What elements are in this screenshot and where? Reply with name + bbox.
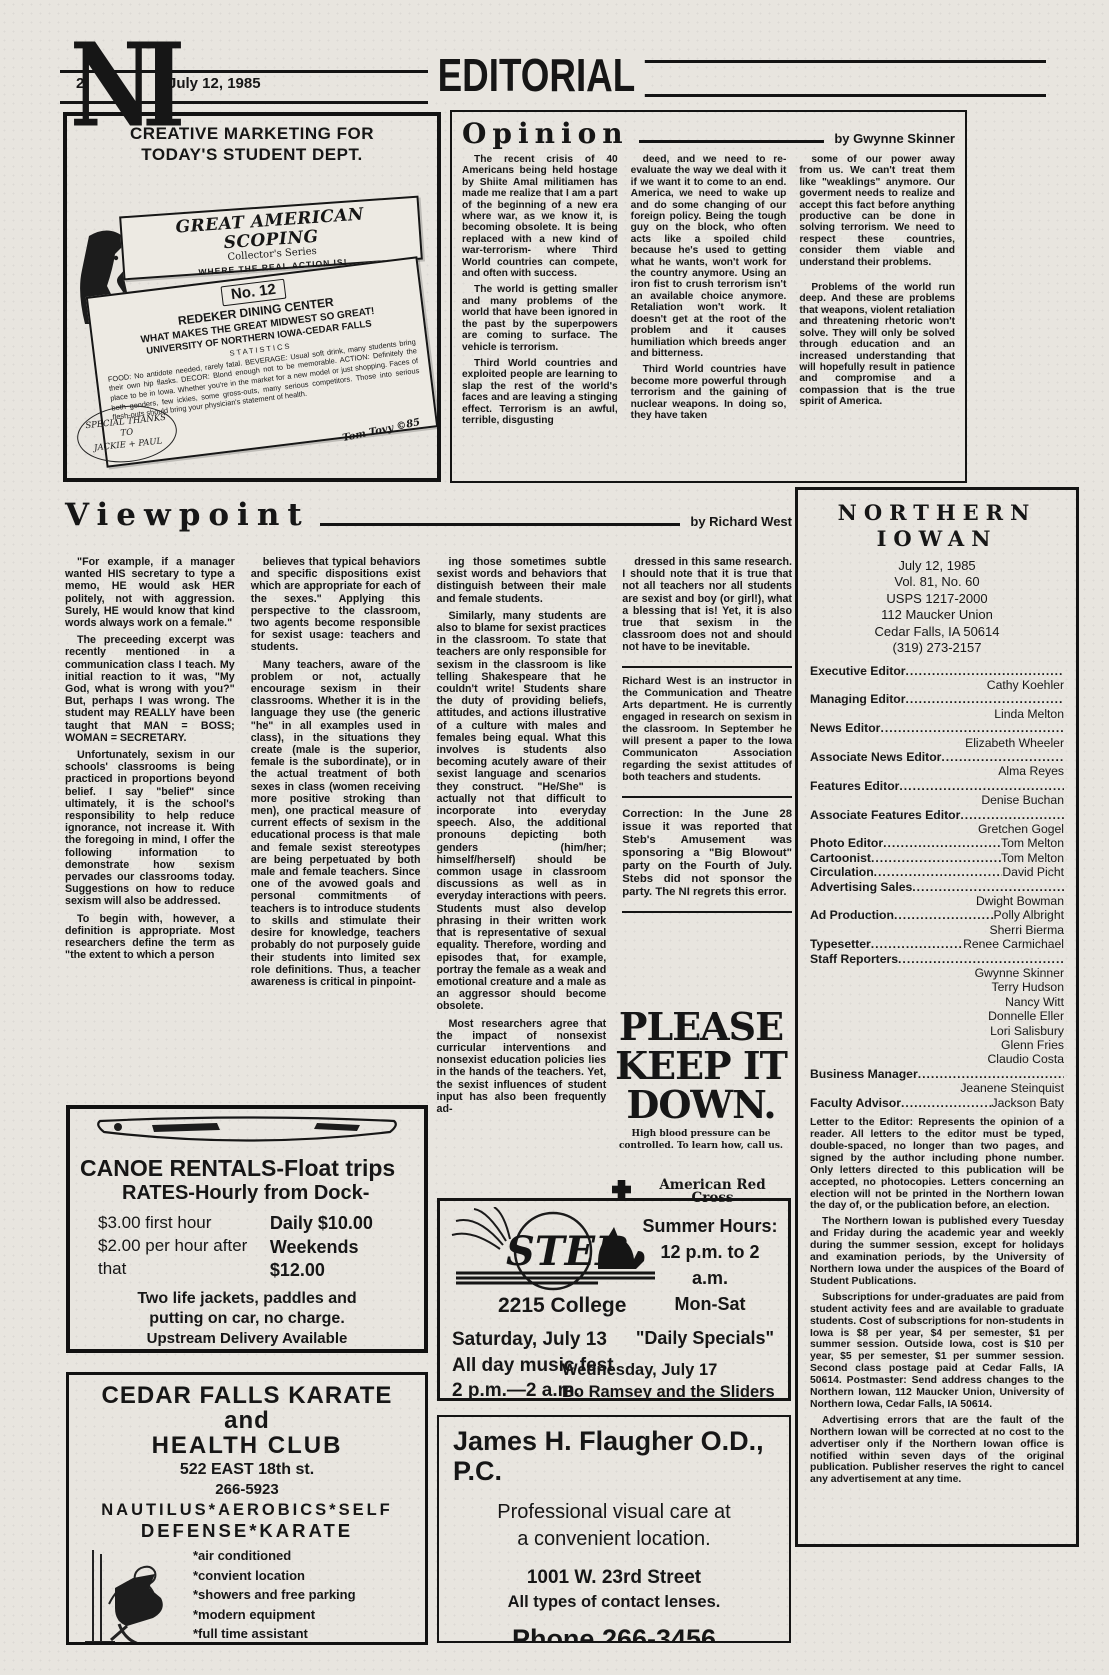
masthead-title-line1: NORTHERN xyxy=(810,500,1064,526)
psa-line3: DOWN. xyxy=(612,1086,790,1125)
viewpoint-column-2: believes that typical behaviors and spec… xyxy=(251,556,421,1120)
viewpoint-column-1: "For example, if a manager wanted HIS se… xyxy=(65,556,235,1120)
stebs-logo: STEB xyxy=(448,1207,663,1300)
heading-rule xyxy=(320,523,681,526)
karate-feature: *convient location xyxy=(193,1566,397,1586)
staff-entry-reporters: Staff Reporters Gwynne Skinner Terry Hud… xyxy=(810,952,1064,1067)
paragraph: Unfortunately, sexism in our schools' cl… xyxy=(65,749,235,908)
opinion-byline: by Gwynne Skinner xyxy=(834,132,955,145)
staff-entry: TypesetterRenee Carmichael xyxy=(810,937,1064,951)
info-line: 112 Maucker Union xyxy=(810,607,1064,624)
paragraph: believes that typical behaviors and spec… xyxy=(251,556,421,654)
info-line: Cedar Falls, IA 50614 xyxy=(810,624,1064,641)
paragraph: The recent crisis of 40 Americans being … xyxy=(462,154,618,279)
canoe-headline: CANOE RENTALS-Float trips xyxy=(80,1156,414,1181)
karate-feature: *nautilus choice of professionals xyxy=(193,1644,397,1645)
thanks-line2: JACKIE + PAUL xyxy=(94,436,163,453)
opinion-column-3: some of our power away from us. We can't… xyxy=(799,154,955,431)
delivery-note: Upstream Delivery Available xyxy=(80,1329,414,1349)
publication-schedule: The Northern Iowan is published every Tu… xyxy=(810,1216,1064,1287)
header-rule xyxy=(636,94,1046,97)
olsen-rentals-name: OLSEN RENTALS xyxy=(80,1350,414,1353)
psa-subtext: High blood pressure can be controlled. T… xyxy=(612,1129,790,1152)
karate-feature-list: *air conditioned *convient location *sho… xyxy=(193,1544,397,1645)
viewpoint-byline: by Richard West xyxy=(690,515,792,528)
flaugher-address: 1001 W. 23rd Street xyxy=(453,1566,775,1591)
stebs-event-wednesday: Wednesday, July 17 Bo Ramsey and the Sli… xyxy=(562,1359,775,1404)
ni-masthead-logo: NI xyxy=(70,28,173,143)
paragraph: deed, and we need to re-evaluate the way… xyxy=(631,154,787,359)
info-line: July 12, 1985 xyxy=(810,558,1064,575)
karate-feature: *full time assistant xyxy=(193,1624,397,1644)
stebs-daily-specials: "Daily Specials" xyxy=(636,1329,774,1347)
paragraph: Problems of the world run deep. And thes… xyxy=(799,282,955,407)
karate-feature: *showers and free parking xyxy=(193,1585,397,1605)
correction-text: In the June 28 issue it was reported tha… xyxy=(622,808,792,898)
stebs-ad: STEB 2215 College Summer Hours: 12 p.m. … xyxy=(437,1198,791,1401)
northern-iowan-masthead: NORTHERN IOWAN July 12, 1985 Vol. 81, No… xyxy=(795,487,1079,1547)
staff-entry: CartoonistTom Melton xyxy=(810,851,1064,865)
staff-entry: CirculationDavid Picht xyxy=(810,865,1064,879)
karate-feature: *air conditioned xyxy=(193,1546,397,1566)
issue-date: July 12, 1985 xyxy=(168,76,261,91)
paragraph: To begin with, however, a definition is … xyxy=(65,913,235,962)
karate-headline-2: HEALTH CLUB xyxy=(75,1433,419,1458)
karate-services-2: DEFENSE*KARATE xyxy=(75,1520,419,1542)
cartoon-drawing: GREAT AMERICAN SCOPING Collector's Serie… xyxy=(75,170,429,482)
staff-entry: Managing EditorLinda Melton xyxy=(810,692,1064,721)
staff-entry: Associate Features EditorGretchen Gogel xyxy=(810,808,1064,837)
masthead-title-line2: IOWAN xyxy=(810,526,1064,552)
paragraph: dressed in this same research. I should … xyxy=(622,556,792,654)
hourly-rates: $3.00 first hour $2.00 per hour after th… xyxy=(98,1212,270,1282)
viewpoint-heading: Viewpoint xyxy=(65,500,310,531)
karate-headline-1: CEDAR FALLS KARATE and xyxy=(75,1383,419,1433)
staff-entry: Advertising SalesDwight Bowman xyxy=(810,880,1064,909)
karate-services-1: NAUTILUS*AEROBICS*SELF xyxy=(75,1500,419,1521)
paragraph: Third World countries and exploited peop… xyxy=(462,358,618,426)
staff-entry: Ad ProductionPolly AlbrightSherri Bierma xyxy=(810,908,1064,937)
newspaper-page: NI 2 July 12, 1985 EDITORIAL CREATIVE MA… xyxy=(0,0,1109,1675)
section-title: EDITORIAL xyxy=(428,52,645,98)
daily-rates: Daily $10.00 Weekends $12.00 xyxy=(270,1212,410,1282)
cedar-falls-karate-ad: CEDAR FALLS KARATE and HEALTH CLUB 522 E… xyxy=(66,1372,428,1645)
canoe-illustration xyxy=(80,1113,414,1156)
karate-figure-illustration xyxy=(75,1544,193,1645)
correction-notice: Correction: In the June 28 issue it was … xyxy=(622,796,792,913)
stebs-address: 2215 College xyxy=(498,1295,626,1316)
paragraph: Similarly, many students are also to bla… xyxy=(437,610,607,1013)
info-line: USPS 1217-2000 xyxy=(810,591,1064,608)
flaugher-name: James H. Flaugher O.D., P.C. xyxy=(453,1427,775,1486)
viewpoint-column-3: ing those sometimes subtle sexist words … xyxy=(437,556,607,1120)
psa-line1: PLEASE xyxy=(612,1008,790,1047)
paragraph: Many teachers, aware of the problem or n… xyxy=(251,659,421,988)
karate-feature: *modern equipment xyxy=(193,1605,397,1625)
viewpoint-header: Viewpoint by Richard West xyxy=(65,500,792,531)
olsen-rentals-ad: CANOE RENTALS-Float trips RATES-Hourly f… xyxy=(66,1105,428,1353)
staff-entry: Associate News EditorAlma Reyes xyxy=(810,750,1064,779)
staff-entry: Features EditorDenise Buchan xyxy=(810,779,1064,808)
flaugher-optometrist-ad: James H. Flaugher O.D., P.C. Professiona… xyxy=(437,1415,791,1643)
correction-label: Correction: xyxy=(622,808,683,820)
masthead-publication-info: July 12, 1985 Vol. 81, No. 60 USPS 1217-… xyxy=(810,558,1064,657)
info-line: Vol. 81, No. 60 xyxy=(810,574,1064,591)
header-rule xyxy=(636,60,1046,63)
letters-policy: Letter to the Editor: Represents the opi… xyxy=(810,1117,1064,1212)
author-bio: Richard West is an instructor in the Com… xyxy=(622,666,792,784)
flaugher-lenses-line: All types of contact lenses. xyxy=(453,1592,775,1613)
opinion-column-2: deed, and we need to re-evaluate the way… xyxy=(631,154,787,431)
paragraph: ing those sometimes subtle sexist words … xyxy=(437,556,607,605)
staff-entry: Business ManagerJeanene Steinquist xyxy=(810,1067,1064,1096)
opinion-heading: Opinion xyxy=(462,120,629,148)
paragraph: "For example, if a manager wanted HIS se… xyxy=(65,556,235,629)
creative-marketing-cartoon: CREATIVE MARKETING FOR TODAY'S STUDENT D… xyxy=(63,112,441,482)
flaugher-phone: Phone 266-3456 xyxy=(453,1623,775,1644)
heading-rule xyxy=(639,140,825,143)
info-line: (319) 273-2157 xyxy=(810,640,1064,657)
staff-entry: Photo EditorTom Melton xyxy=(810,836,1064,850)
paragraph: Most researchers agree that the impact o… xyxy=(437,1018,607,1116)
included-items: Two life jackets, paddles and putting on… xyxy=(80,1289,414,1329)
thanks-line1: SPECIAL THANKS TO xyxy=(85,412,167,438)
paragraph: The world is getting smaller and many pr… xyxy=(462,284,618,352)
paragraph: some of our power away from us. We can't… xyxy=(799,154,955,268)
opinion-article: Opinion by Gwynne Skinner The recent cri… xyxy=(450,110,967,483)
subscription-info: Subscriptions for under-graduates are pa… xyxy=(810,1292,1064,1411)
opinion-column-1: The recent crisis of 40 Americans being … xyxy=(462,154,618,431)
staff-entry: News EditorElizabeth Wheeler xyxy=(810,721,1064,750)
psa-line2: KEEP IT xyxy=(612,1047,790,1086)
staff-entry: Executive EditorCathy Koehler xyxy=(810,664,1064,693)
paragraph: The preceeding excerpt was recently ment… xyxy=(65,634,235,744)
flaugher-tagline: Professional visual care at a convenient… xyxy=(453,1499,775,1553)
karate-address: 522 EAST 18th st. xyxy=(75,1459,419,1481)
masthead-policies: Letter to the Editor: Represents the opi… xyxy=(810,1117,1064,1486)
paragraph: Third World countries have become more p… xyxy=(631,364,787,421)
advertising-policy: Advertising errors that are the fault of… xyxy=(810,1415,1064,1486)
staff-entry: Faculty AdvisorJackson Baty xyxy=(810,1096,1064,1110)
red-cross-psa: PLEASE KEEP IT DOWN. High blood pressure… xyxy=(612,1008,790,1206)
stebs-hours: Summer Hours: 12 p.m. to 2 a.m. Mon-Sat xyxy=(640,1213,780,1317)
karate-phone: 266-5923 xyxy=(75,1480,419,1500)
canoe-rates-line: RATES-Hourly from Dock- xyxy=(122,1181,414,1205)
page-number: 2 xyxy=(76,76,84,91)
